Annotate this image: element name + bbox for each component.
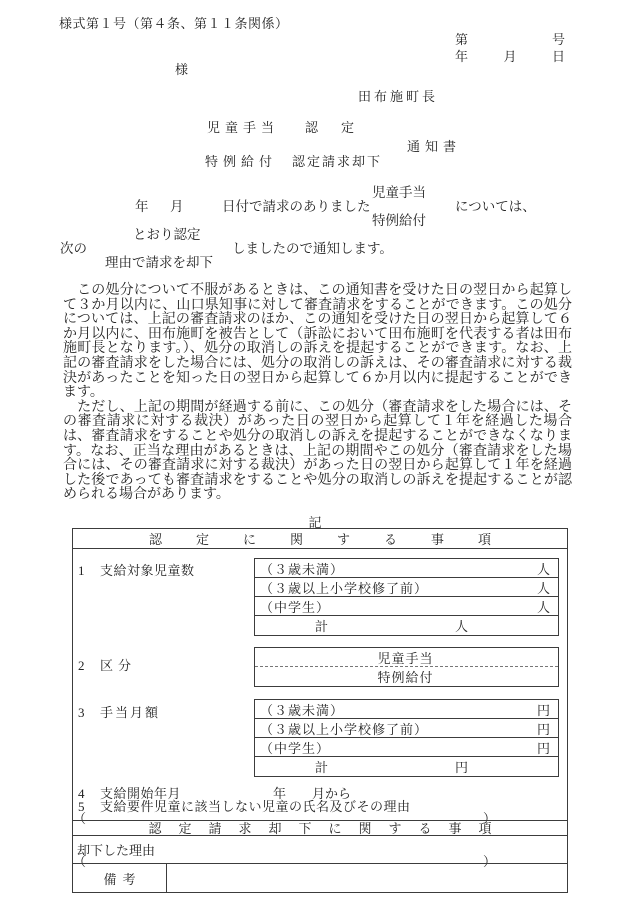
legal-notice: この処分について不服があるときは、この通知書を受けた日の翌日から起算して３か月以… — [63, 284, 572, 503]
doc-number-line: 第 号 — [455, 31, 565, 48]
remarks-empty-cell — [167, 864, 567, 892]
intro-request-text: 日付で請求のありました — [222, 195, 371, 215]
item2-number: 2 — [78, 658, 100, 674]
details-table: 認定に関する事項 1支給対象児童数 （３歳未満） 人 （３歳以上小学校修了前） … — [72, 528, 568, 893]
row-unit: 人 — [537, 597, 551, 616]
date-line: 年 月 日 — [455, 48, 565, 65]
doc-number-block: 第 号 年 月 日 — [455, 31, 565, 65]
doc-number-prefix: 第 — [455, 31, 468, 48]
deadline-paragraph: ただし、上記の期間が経過する前に、この処分（審査請求をした場合には、その審査請求… — [63, 401, 572, 503]
date-day-label: 日 — [552, 48, 565, 65]
row-label: （３歳未満） — [260, 559, 344, 578]
total-label: 計 — [315, 757, 329, 776]
approval-section-header: 認定に関する事項 — [73, 529, 567, 549]
intro-closing-text: しましたので通知します。 — [232, 237, 393, 257]
total-unit: 円 — [455, 757, 469, 776]
row-unit: 人 — [537, 578, 551, 597]
total-row: 計 人 — [255, 616, 558, 635]
intro-stack2-bottom: 理由で請求を却下 — [105, 251, 213, 271]
title-option-kyakka: 認定請求却下 — [292, 151, 382, 170]
table-row: （３歳未満） 円 — [255, 700, 558, 719]
total-row: 計 円 — [255, 757, 558, 776]
sender-name: 田布施町長 — [358, 86, 438, 105]
title-suffix: 通知書 — [407, 136, 461, 155]
intro-stack2-top: とおり認定 — [133, 223, 201, 243]
row-label: （中学生） — [260, 597, 330, 616]
table-row: （３歳以上小学校修了前） 円 — [255, 719, 558, 738]
table-row: （３歳以上小学校修了前） 人 — [255, 578, 558, 597]
monthly-amount-box: （３歳未満） 円 （３歳以上小学校修了前） 円 （中学生） 円 計 円 — [254, 699, 559, 777]
item2-label: 2区分 — [78, 655, 136, 674]
row-unit: 円 — [537, 719, 551, 738]
total-unit: 人 — [455, 616, 469, 635]
row-unit: 人 — [537, 559, 551, 578]
item1-number: 1 — [78, 563, 100, 579]
remarks-label-cell: 備考 — [73, 864, 167, 892]
row-label: （３歳以上小学校修了前） — [260, 719, 428, 738]
title-option-tokurei: 特例給付 — [205, 151, 277, 170]
row-unit: 円 — [537, 700, 551, 719]
rejection-section-header: 認定請求却下に関する事項 — [73, 820, 567, 836]
intro-stack1-top: 児童手当 — [372, 181, 426, 201]
appeal-paragraph: この処分について不服があるときは、この通知書を受けた日の翌日から起算して３か月以… — [63, 284, 572, 401]
title-option-jidoteate: 児童手当 — [207, 117, 279, 136]
row-label: （３歳以上小学校修了前） — [260, 578, 428, 597]
table-row: （３歳未満） 人 — [255, 559, 558, 578]
row-unit: 円 — [537, 738, 551, 757]
category-option: 児童手当 — [255, 648, 558, 667]
remarks-row: 備考 — [73, 863, 567, 892]
table-row: （中学生） 人 — [255, 597, 558, 616]
item3-number: 3 — [78, 705, 100, 721]
category-box: 児童手当 特例給付 — [254, 647, 559, 687]
row-label: （中学生） — [260, 738, 330, 757]
row-label: （３歳未満） — [260, 700, 344, 719]
item3-label: 3手当月額 — [78, 702, 160, 721]
children-count-box: （３歳未満） 人 （３歳以上小学校修了前） 人 （中学生） 人 計 人 — [254, 558, 559, 636]
document-page: 様式第１号（第４条、第１１条関係） 第 号 年 月 日 様 田布施町長 児童手当… — [0, 0, 630, 903]
form-number-label: 様式第１号（第４条、第１１条関係） — [59, 13, 289, 32]
table-row: （中学生） 円 — [255, 738, 558, 757]
intro-stack1-bottom: 特例給付 — [372, 209, 426, 229]
category-option: 特例給付 — [255, 667, 558, 686]
doc-number-suffix: 号 — [552, 31, 565, 48]
intro-about-text: については、 — [455, 195, 536, 215]
intro-year-label: 年 — [135, 195, 149, 215]
item1-label: 1支給対象児童数 — [78, 560, 195, 579]
addressee-suffix: 様 — [175, 59, 188, 78]
date-year-label: 年 — [455, 48, 468, 65]
intro-next-text: 次の — [60, 237, 87, 257]
date-month-label: 月 — [503, 48, 516, 65]
title-option-nintei: 認 定 — [305, 117, 359, 136]
intro-month-label: 月 — [170, 195, 184, 215]
total-label: 計 — [315, 616, 329, 635]
